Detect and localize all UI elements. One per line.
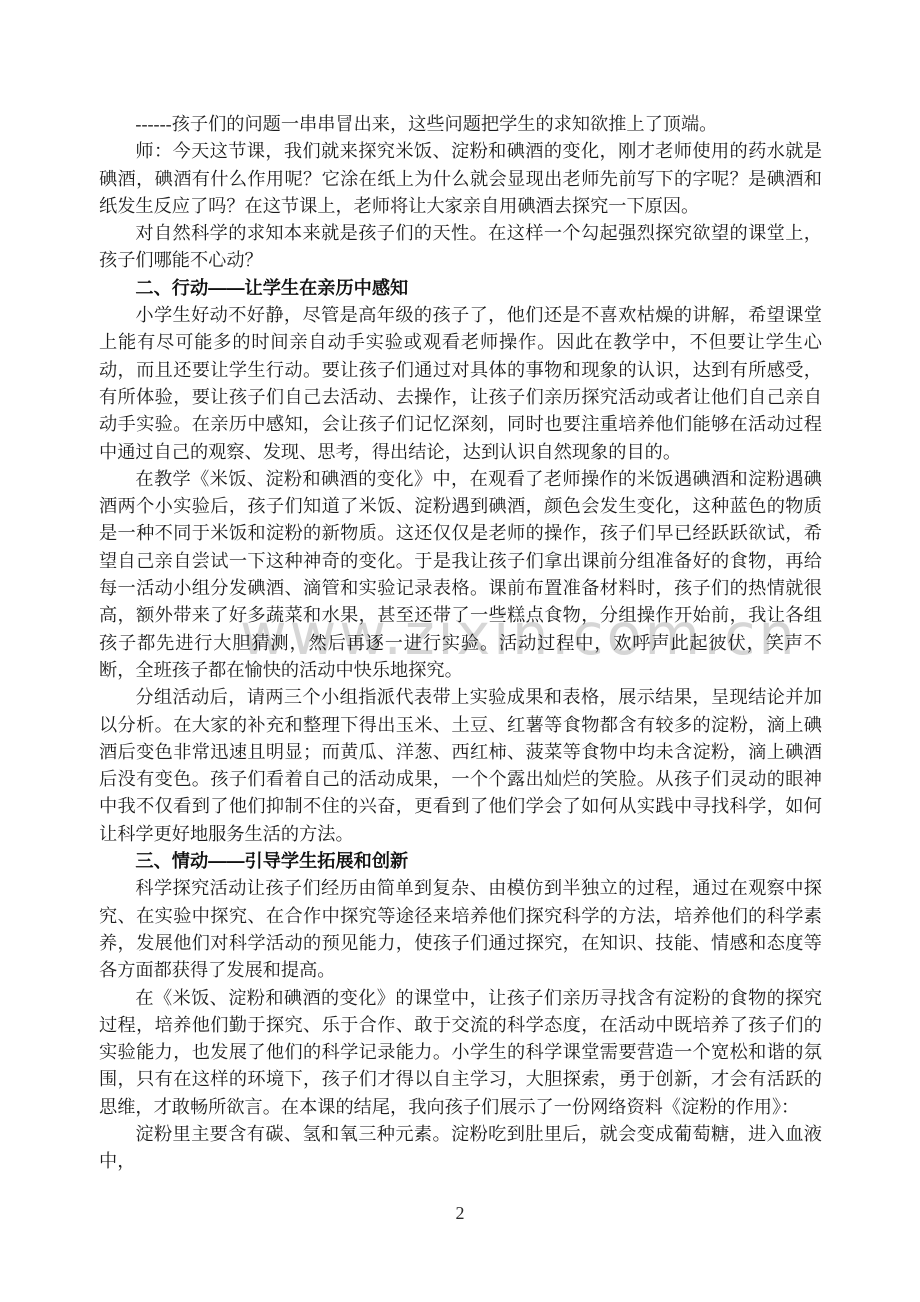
paragraph-nature-of-curiosity: 对自然科学的求知本来就是孩子们的天性。在这样一个勾起强烈探究欲望的课堂上，孩子们…: [99, 220, 822, 275]
paragraph-lesson-experiment: 在教学《米饭、淀粉和碘酒的变化》中，在观看了老师操作的米饭遇碘酒和淀粉遇碘酒两个…: [99, 466, 822, 684]
paragraph-inquiry-process: 科学探究活动让孩子们经历由简单到复杂、由模仿到半独立的过程，通过在观察中探究、在…: [99, 875, 822, 984]
paragraph-teacher-speech: 师：今天这节课，我们就来探究米饭、淀粉和碘酒的变化，刚才老师使用的药水就是碘酒，…: [99, 138, 822, 220]
paragraph-starch-info: 淀粉里主要含有碳、氢和氧三种元素。淀粉吃到肚里后，就会变成葡萄糖，进入血液中，: [99, 1121, 822, 1176]
section-heading-2: 二、行动——让学生在亲历中感知: [99, 275, 822, 302]
document-page: www.zixin.com.cn ------孩子们的问题一串串冒出来，这些问题…: [0, 0, 920, 1302]
paragraph-dialogue-intro: ------孩子们的问题一串串冒出来，这些问题把学生的求知欲推上了顶端。: [99, 111, 822, 138]
paragraph-group-results: 分组活动后，请两三个小组指派代表带上实验成果和表格，展示结果，呈现结论并加以分析…: [99, 684, 822, 848]
document-body: ------孩子们的问题一串串冒出来，这些问题把学生的求知欲推上了顶端。 师：今…: [99, 111, 822, 1176]
paragraph-students-active: 小学生好动不好静，尽管是高年级的孩子了，他们还是不喜欢枯燥的讲解，希望课堂上能有…: [99, 302, 822, 466]
page-number: 2: [0, 1203, 920, 1224]
section-heading-3: 三、情动——引导学生拓展和创新: [99, 848, 822, 875]
paragraph-classroom-atmosphere: 在《米饭、淀粉和碘酒的变化》的课堂中，让孩子们亲历寻找含有淀粉的食物的探究过程，…: [99, 985, 822, 1121]
